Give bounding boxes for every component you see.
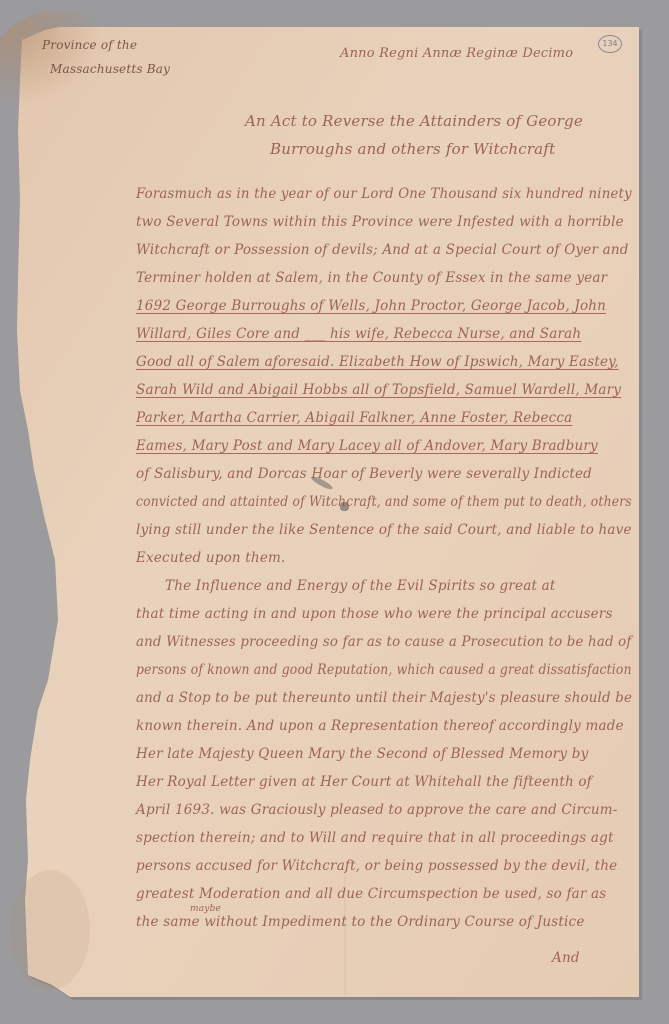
body-line: spection therein; and to Will and requir… [136, 830, 614, 846]
manuscript-text: Province of the Massachusetts Bay Anno R… [0, 0, 669, 1024]
body-line: of Salisbury, and Dorcas Hoar of Beverly… [136, 466, 592, 482]
body-line: 1692 George Burroughs of Wells, John Pro… [136, 298, 606, 314]
margin-note-line-1: Province of the [42, 38, 137, 52]
body-line: and a Stop to be put thereunto until the… [136, 690, 632, 706]
regnal-year-heading: Anno Regni Annæ Reginæ Decimo [340, 46, 573, 61]
folio-number: 134 [598, 35, 622, 53]
body-line: that time acting in and upon those who w… [136, 606, 613, 622]
body-line: Witchcraft or Possession of devils; And … [136, 242, 629, 258]
catchword: And [552, 950, 580, 966]
body-line: April 1693. was Graciously pleased to ap… [136, 802, 618, 818]
body-line: Her late Majesty Queen Mary the Second o… [136, 746, 588, 762]
body-line: and Witnesses proceeding so far as to ca… [136, 634, 632, 650]
body-line: Eames, Mary Post and Mary Lacey all of A… [136, 438, 598, 454]
body-line: persons accused for Witchcraft, or being… [136, 858, 617, 874]
body-line: Forasmuch as in the year of our Lord One… [136, 186, 632, 202]
body-line: Executed upon them. [136, 550, 286, 566]
body-line: two Several Towns within this Province w… [136, 214, 624, 230]
body-line: Terminer holden at Salem, in the County … [136, 270, 607, 286]
body-line: Sarah Wild and Abigail Hobbs all of Tops… [136, 382, 621, 398]
body-line: Willard, Giles Core and ___ his wife, Re… [136, 326, 581, 342]
body-line: known therein. And upon a Representation… [136, 718, 624, 734]
body-line: convicted and attainted of Witchcraft, a… [136, 494, 632, 510]
act-title-line-1: An Act to Reverse the Attainders of Geor… [245, 112, 583, 130]
document-scan: Province of the Massachusetts Bay Anno R… [0, 0, 669, 1024]
body-line: The Influence and Energy of the Evil Spi… [165, 578, 556, 594]
act-title-line-2: Burroughs and others for Witchcraft [270, 140, 555, 158]
body-line: the same without Impediment to the Ordin… [136, 914, 585, 930]
body-line: Her Royal Letter given at Her Court at W… [136, 774, 592, 790]
margin-note-line-2: Massachusetts Bay [50, 62, 170, 76]
interlinear-insertion: maybe [190, 904, 221, 914]
body-line: persons of known and good Reputation, wh… [136, 662, 632, 678]
body-line: greatest Moderation and all due Circumsp… [136, 886, 606, 902]
body-line: lying still under the like Sentence of t… [136, 522, 632, 538]
body-line: Parker, Martha Carrier, Abigail Falkner,… [136, 410, 572, 426]
body-line: Good all of Salem aforesaid. Elizabeth H… [136, 354, 619, 370]
